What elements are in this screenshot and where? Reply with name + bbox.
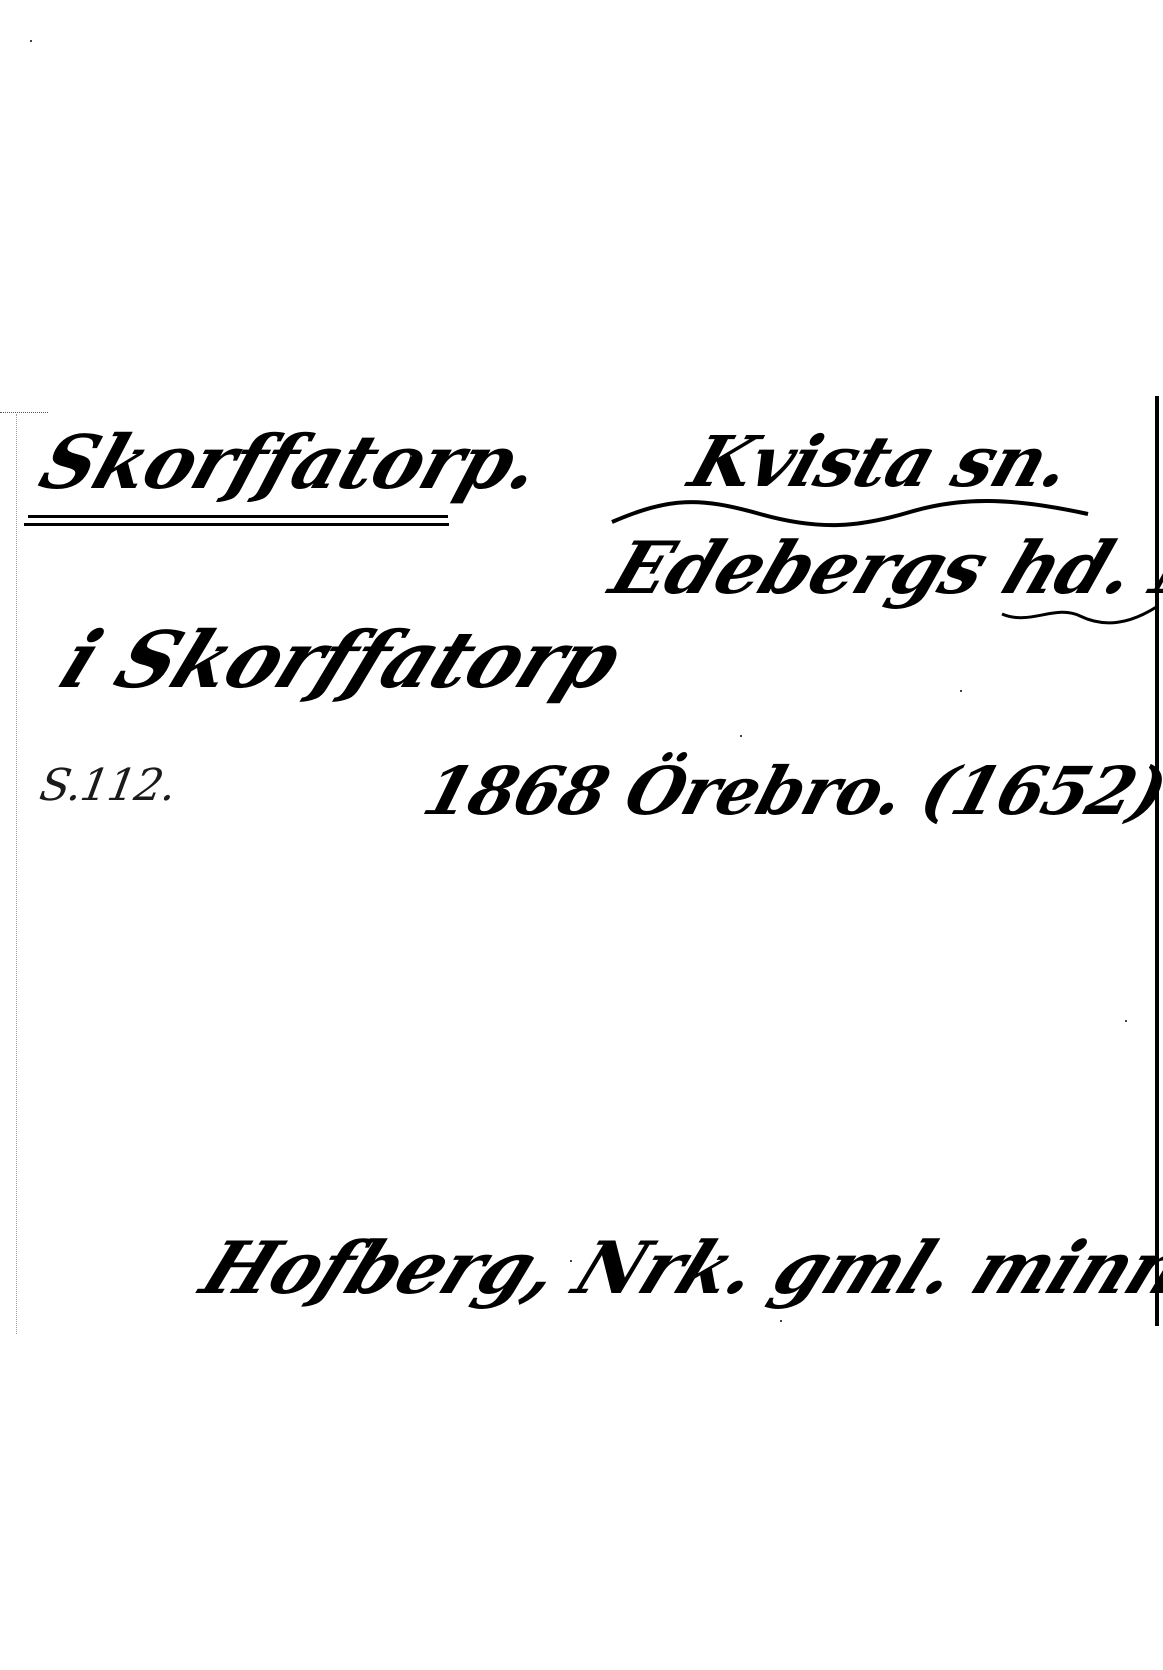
index-card: Skorffatorp. Kvista sn. Edebergs hd. Nrk… [0, 0, 1163, 1670]
card-top-edge [0, 412, 48, 413]
scan-speck [1125, 1020, 1127, 1022]
parish-label: Kvista sn. [680, 420, 1081, 503]
heading-underline-top [28, 515, 448, 518]
place-name-heading: Skorffatorp. [30, 420, 551, 506]
historical-form: i Skorffatorp [48, 615, 633, 706]
card-left-edge [16, 414, 17, 1334]
scan-speck [780, 1320, 782, 1322]
district-wavy-underline [1000, 600, 1160, 630]
scan-speck [30, 40, 32, 42]
source-year-location: 1868 Örebro. (1652) [415, 752, 1163, 830]
page-reference: S.112. [36, 760, 180, 811]
scan-speck [570, 1260, 572, 1262]
source-reference: Hofberg, Nrk. gml. minnen. [190, 1225, 1163, 1310]
scan-speck [740, 735, 742, 737]
scan-speck [960, 690, 962, 692]
district-label: Edebergs hd. Nrk. [600, 525, 1163, 610]
scan-speck [410, 455, 412, 457]
heading-underline-bottom [24, 523, 449, 526]
